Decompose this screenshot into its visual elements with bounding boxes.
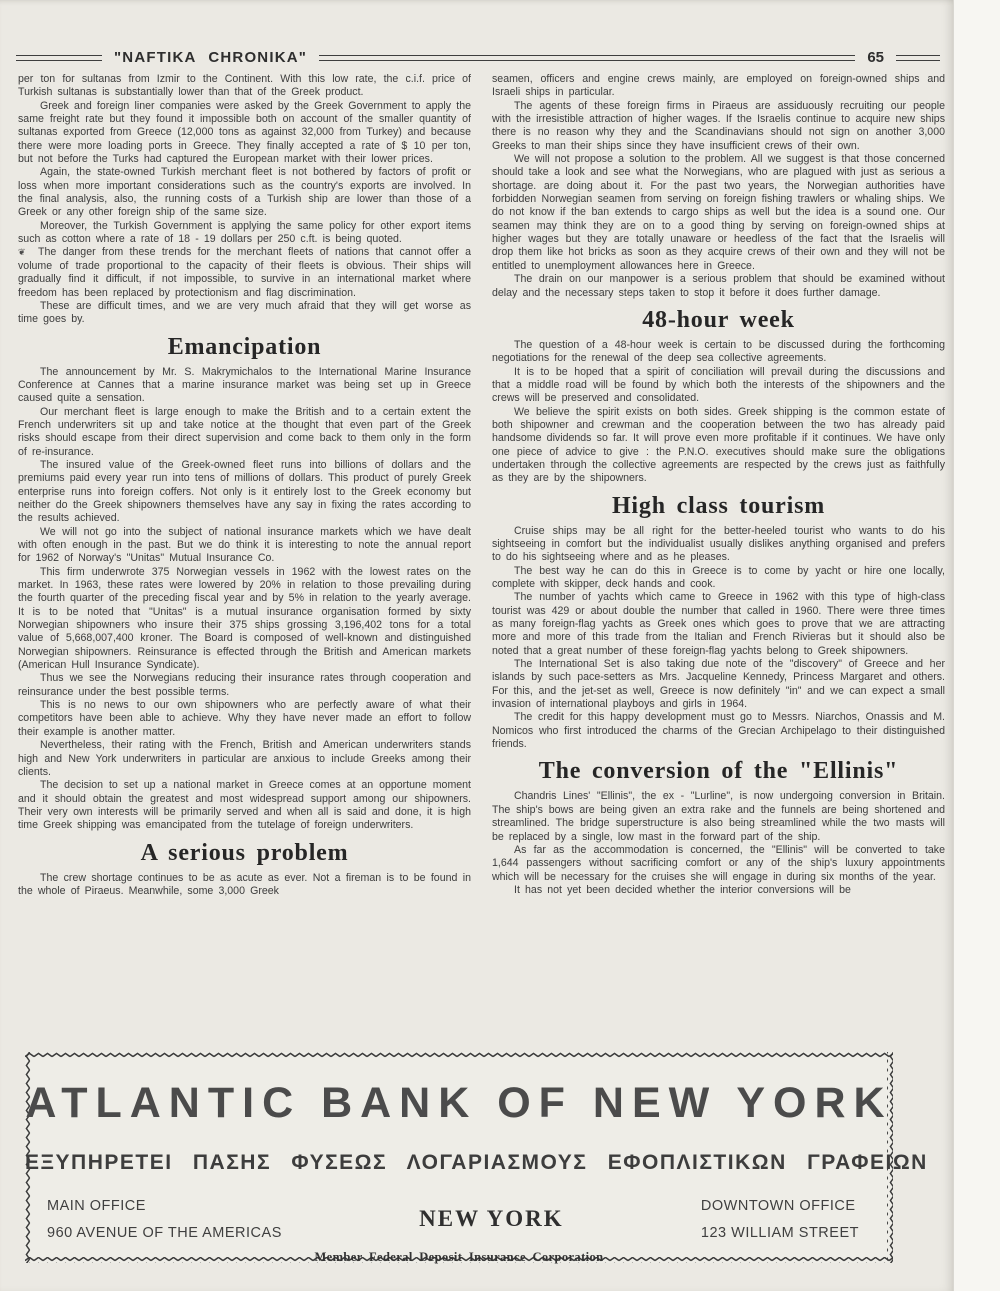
paragraph: It has not yet been decided whether the … (492, 884, 945, 897)
paragraph-marker-icon: ❦ (18, 246, 38, 259)
paragraph: The crew shortage continues to be as acu… (18, 872, 471, 899)
downtown-office-address: 123 WILLIAM STREET (701, 1220, 859, 1247)
header-rule-middle (319, 55, 855, 61)
paragraph: The number of yachts which came to Greec… (492, 591, 945, 658)
downtown-office-block: DOWNTOWN OFFICE 123 WILLIAM STREET (701, 1193, 859, 1247)
paragraph: Chandris Lines' "Ellinis", the ex - "Lur… (492, 790, 945, 843)
main-office-block: MAIN OFFICE 960 AVENUE OF THE AMERICAS (47, 1193, 282, 1247)
main-office-label: MAIN OFFICE (47, 1193, 282, 1220)
downtown-office-label: DOWNTOWN OFFICE (701, 1193, 859, 1220)
bank-advertisement: ATLANTIC BANK OF NEW YORK ΕΞΥΠΗΡΕΤΕΙ ΠΑΣ… (25, 1052, 893, 1263)
section-title: The conversion of the "Ellinis" (492, 758, 945, 785)
paragraph: The credit for this happy development mu… (492, 711, 945, 751)
paragraph: The drain on our manpower is a serious p… (492, 273, 945, 300)
paragraph: The decision to set up a national market… (18, 779, 471, 832)
section-title: Emancipation (18, 334, 471, 361)
paragraph: ❦The danger from these trends for the me… (18, 246, 471, 299)
page-header: "NAFTIKA CHRONIKA" 65 (16, 49, 940, 66)
paragraph: The best way he can do this in Greece is… (492, 565, 945, 592)
left-column: per ton for sultanas from Izmir to the C… (18, 73, 471, 898)
bank-name: ATLANTIC BANK OF NEW YORK (25, 1052, 893, 1128)
ad-content: ATLANTIC BANK OF NEW YORK ΕΞΥΠΗΡΕΤΕΙ ΠΑΣ… (25, 1052, 893, 1263)
paragraph: This is no news to our own shipowners wh… (18, 699, 471, 739)
paragraph: These are difficult times, and we are ve… (18, 300, 471, 327)
paragraph: Again, the state-owned Turkish merchant … (18, 166, 471, 219)
paragraph: We believe the spirit exists on both sid… (492, 406, 945, 486)
main-office-address: 960 AVENUE OF THE AMERICAS (47, 1220, 282, 1247)
paragraph: We will not go into the subject of natio… (18, 526, 471, 566)
section-title: 48-hour week (492, 307, 945, 334)
paragraph: Moreover, the Turkish Government is appl… (18, 220, 471, 247)
paragraph: seamen, officers and engine crews mainly… (492, 73, 945, 100)
right-column: seamen, officers and engine crews mainly… (492, 73, 945, 898)
magazine-page: "NAFTIKA CHRONIKA" 65 per ton for sultan… (0, 0, 954, 1291)
paragraph: Nevertheless, their rating with the Fren… (18, 739, 471, 779)
paragraph: It is to be hoped that a spirit of conci… (492, 366, 945, 406)
paragraph: Our merchant fleet is large enough to ma… (18, 406, 471, 459)
journal-title: "NAFTIKA CHRONIKA" (114, 49, 307, 66)
paragraph: Greek and foreign liner companies were a… (18, 100, 471, 167)
paragraph: We will not propose a solution to the pr… (492, 153, 945, 273)
paragraph: The agents of these foreign firms in Pir… (492, 100, 945, 153)
paragraph: per ton for sultanas from Izmir to the C… (18, 73, 471, 100)
paragraph: As far as the accommodation is concerned… (492, 844, 945, 884)
paragraph: The question of a 48-hour week is certai… (492, 339, 945, 366)
section-title: High class tourism (492, 493, 945, 520)
header-rule-left (16, 55, 102, 61)
city-name: NEW YORK (419, 1206, 563, 1232)
paragraph: This firm underwrote 375 Norwegian vesse… (18, 566, 471, 673)
member-fdic-line: Member Federal Deposit Insurance Corpora… (25, 1250, 893, 1265)
paragraph: Thus we see the Norwegians reducing thei… (18, 672, 471, 699)
paragraph: The International Set is also taking due… (492, 658, 945, 711)
header-rule-right (896, 55, 940, 61)
section-title: A serious problem (18, 840, 471, 867)
greek-slogan: ΕΞΥΠΗΡΕΤΕΙ ΠΑΣΗΣ ΦΥΣΕΩΣ ΛΟΓΑΡΙΑΣΜΟΥΣ ΕΦΟ… (25, 1151, 893, 1175)
page-number: 65 (867, 49, 884, 66)
paragraph: Cruise ships may be all right for the be… (492, 525, 945, 565)
paragraph: The insured value of the Greek-owned fle… (18, 459, 471, 526)
offices-row: MAIN OFFICE 960 AVENUE OF THE AMERICAS N… (25, 1193, 893, 1247)
article-body: per ton for sultanas from Izmir to the C… (18, 73, 946, 898)
paragraph: The announcement by Mr. S. Makrymichalos… (18, 366, 471, 406)
